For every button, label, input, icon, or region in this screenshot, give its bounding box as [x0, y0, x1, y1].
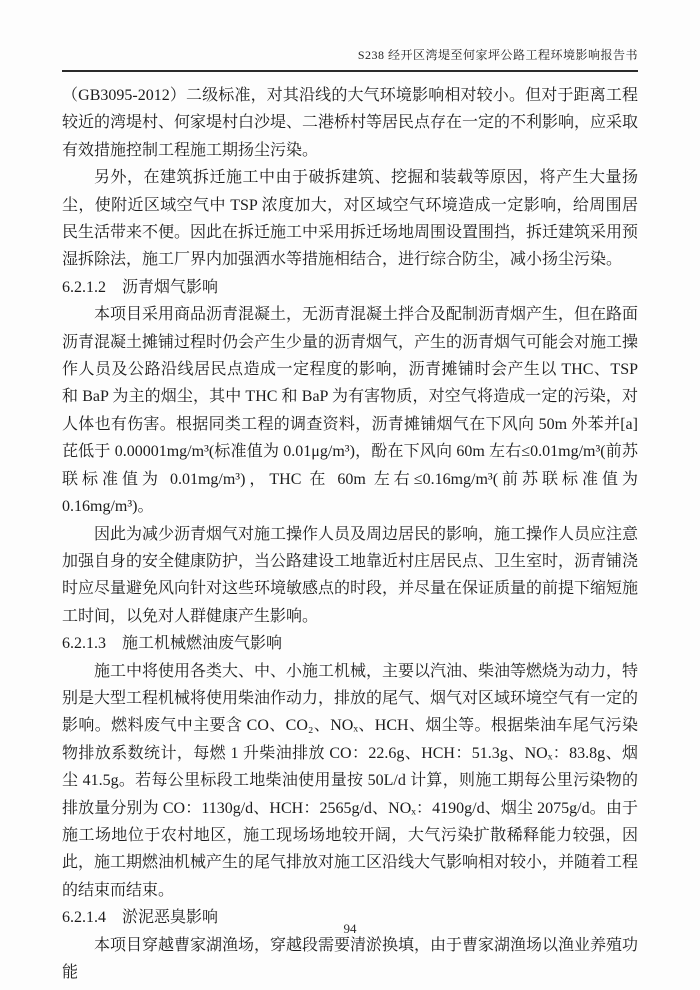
- page-number: 94: [0, 921, 700, 937]
- paragraph: 本项目穿越曹家湖渔场，穿越段需要清淤换填，由于曹家湖渔场以渔业养殖功能: [62, 932, 638, 987]
- document-body: （GB3095-2012）二级标准，对其沿线的大气环境影响相对较小。但对于距离工…: [62, 82, 638, 986]
- paragraph: 因此为减少沥青烟气对施工操作人员及周边居民的影响，施工操作人员应注意加强自身的安…: [62, 521, 638, 631]
- paragraph: 施工中将使用各类大、中、小施工机械，主要以汽油、柴油等燃烧为动力，特别是大型工程…: [62, 658, 638, 905]
- section-heading-6-2-1-2: 6.2.1.2 沥青烟气影响: [62, 274, 638, 301]
- page-header-title: S238 经开区湾堤至何家坪公路工程环境影响报告书: [62, 46, 638, 63]
- document-page: S238 经开区湾堤至何家坪公路工程环境影响报告书 （GB3095-2012）二…: [0, 0, 700, 990]
- paragraph: 本项目采用商品沥青混凝土，无沥青混凝土拌合及配制沥青烟产生，但在路面沥青混凝土摊…: [62, 301, 638, 520]
- paragraph: 另外，在建筑拆迁施工中由于破拆建筑、挖掘和装载等原因，将产生大量扬尘，使附近区域…: [62, 164, 638, 274]
- paragraph: （GB3095-2012）二级标准，对其沿线的大气环境影响相对较小。但对于距离工…: [62, 82, 638, 164]
- section-heading-6-2-1-3: 6.2.1.3 施工机械燃油废气影响: [62, 630, 638, 657]
- header-rule: [62, 70, 638, 72]
